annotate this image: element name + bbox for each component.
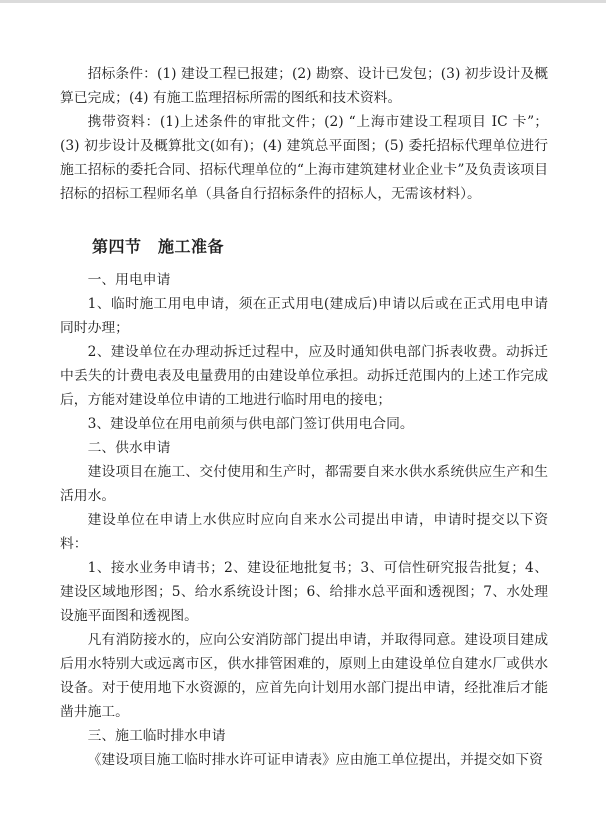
page-top-edge xyxy=(0,0,606,3)
page-content: 招标条件：(1) 建设工程已报建；(2) 勘察、设计已发包；(3) 初步设计及概… xyxy=(60,62,548,772)
document-page: 招标条件：(1) 建设工程已报建；(2) 勘察、设计已发包；(3) 初步设计及概… xyxy=(0,0,606,839)
paragraph-electricity-item-1: 1、临时施工用电申请，须在正式用电(建成后)申请以后或在正式用电申请同时办理； xyxy=(60,292,548,340)
section-heading-construction-preparation: 第四节 施工准备 xyxy=(60,234,548,260)
paragraph-fire-water-and-groundwater: 凡有消防接水的，应向公安消防部门提出申请，并取得同意。建设项目建成后用水特别大或… xyxy=(60,628,548,724)
paragraph-drainage-permit-application: 《建设项目施工临时排水许可证申请表》应由施工单位提出，并提交如下资 xyxy=(60,748,548,772)
paragraph-required-documents: 携带资料：(1)上述条件的审批文件；(2) “上海市建设工程项目 IC 卡”；(… xyxy=(60,110,548,206)
paragraph-electricity-item-3: 3、建设单位在用电前须与供电部门签订供用电合同。 xyxy=(60,412,548,436)
paragraph-electricity-item-2: 2、建设单位在办理动拆迁过程中，应及时通知供电部门拆表收费。动拆迁中丢失的计费电… xyxy=(60,340,548,412)
subheading-electricity-application: 一、用电申请 xyxy=(60,268,548,292)
paragraph-water-supply-intro: 建设项目在施工、交付使用和生产时，都需要自来水供水系统供应生产和生活用水。 xyxy=(60,460,548,508)
paragraph-water-supply-documents-list: 1、接水业务申请书；2、建设征地批复书；3、可信性研究报告批复；4、建设区域地形… xyxy=(60,556,548,628)
subheading-water-supply-application: 二、供水申请 xyxy=(60,436,548,460)
subheading-temporary-drainage-application: 三、施工临时排水申请 xyxy=(60,724,548,748)
paragraph-bidding-conditions: 招标条件：(1) 建设工程已报建；(2) 勘察、设计已发包；(3) 初步设计及概… xyxy=(60,62,548,110)
paragraph-water-supply-apply: 建设单位在申请上水供应时应向自来水公司提出申请，申请时提交以下资料： xyxy=(60,508,548,556)
